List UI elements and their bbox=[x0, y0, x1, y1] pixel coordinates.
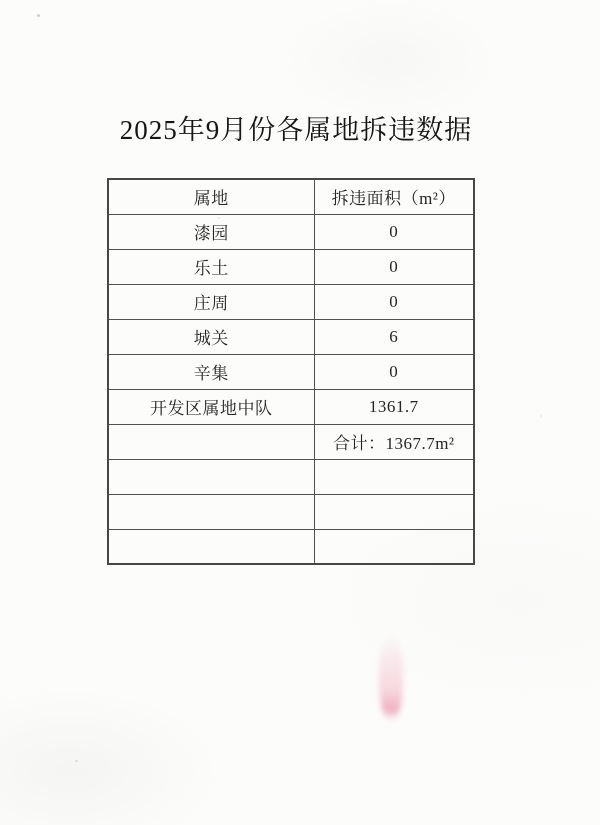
header-cell-area: 拆违面积（m²） bbox=[314, 179, 474, 214]
area-cell: 1361.7 bbox=[314, 389, 474, 424]
table-row-empty bbox=[108, 529, 474, 564]
scan-speck bbox=[37, 14, 40, 17]
table-row-empty bbox=[108, 494, 474, 529]
area-cell: 0 bbox=[314, 284, 474, 319]
table-row: 辛集 0 bbox=[108, 354, 474, 389]
table-row-total: 合计：1367.7m² bbox=[108, 424, 474, 459]
area-cell bbox=[314, 529, 474, 564]
territory-cell: 开发区属地中队 bbox=[108, 389, 314, 424]
area-cell: 0 bbox=[314, 214, 474, 249]
table-row: 庄周 0 bbox=[108, 284, 474, 319]
territory-cell bbox=[108, 494, 314, 529]
territory-cell: 漆园 bbox=[108, 214, 314, 249]
table-row-empty bbox=[108, 459, 474, 494]
territory-cell: 城关 bbox=[108, 319, 314, 354]
scan-speck bbox=[75, 760, 78, 762]
area-cell bbox=[314, 494, 474, 529]
territory-cell: 辛集 bbox=[108, 354, 314, 389]
table-row: 开发区属地中队 1361.7 bbox=[108, 389, 474, 424]
table-row: 乐土 0 bbox=[108, 249, 474, 284]
total-cell: 合计：1367.7m² bbox=[314, 424, 474, 459]
territory-cell bbox=[108, 424, 314, 459]
territory-cell: 乐土 bbox=[108, 249, 314, 284]
territory-cell bbox=[108, 459, 314, 494]
header-cell-territory: 属地 bbox=[108, 179, 314, 214]
scan-speck bbox=[540, 415, 542, 417]
table-row: 漆园 0 bbox=[108, 214, 474, 249]
area-cell: 0 bbox=[314, 354, 474, 389]
area-cell: 0 bbox=[314, 249, 474, 284]
page-title: 2025年9月份各属地拆违数据 bbox=[0, 108, 592, 147]
demolition-data-table: 属地 拆违面积（m²） 漆园 0 乐土 0 庄周 0 城关 6 辛集 0 开发区… bbox=[107, 178, 475, 565]
territory-cell bbox=[108, 529, 314, 564]
pink-highlighter-mark bbox=[379, 634, 403, 720]
scan-speck bbox=[218, 217, 220, 219]
table-row: 城关 6 bbox=[108, 319, 474, 354]
area-cell bbox=[314, 459, 474, 494]
area-cell: 6 bbox=[314, 319, 474, 354]
territory-cell: 庄周 bbox=[108, 284, 314, 319]
table-header-row: 属地 拆违面积（m²） bbox=[108, 179, 474, 214]
